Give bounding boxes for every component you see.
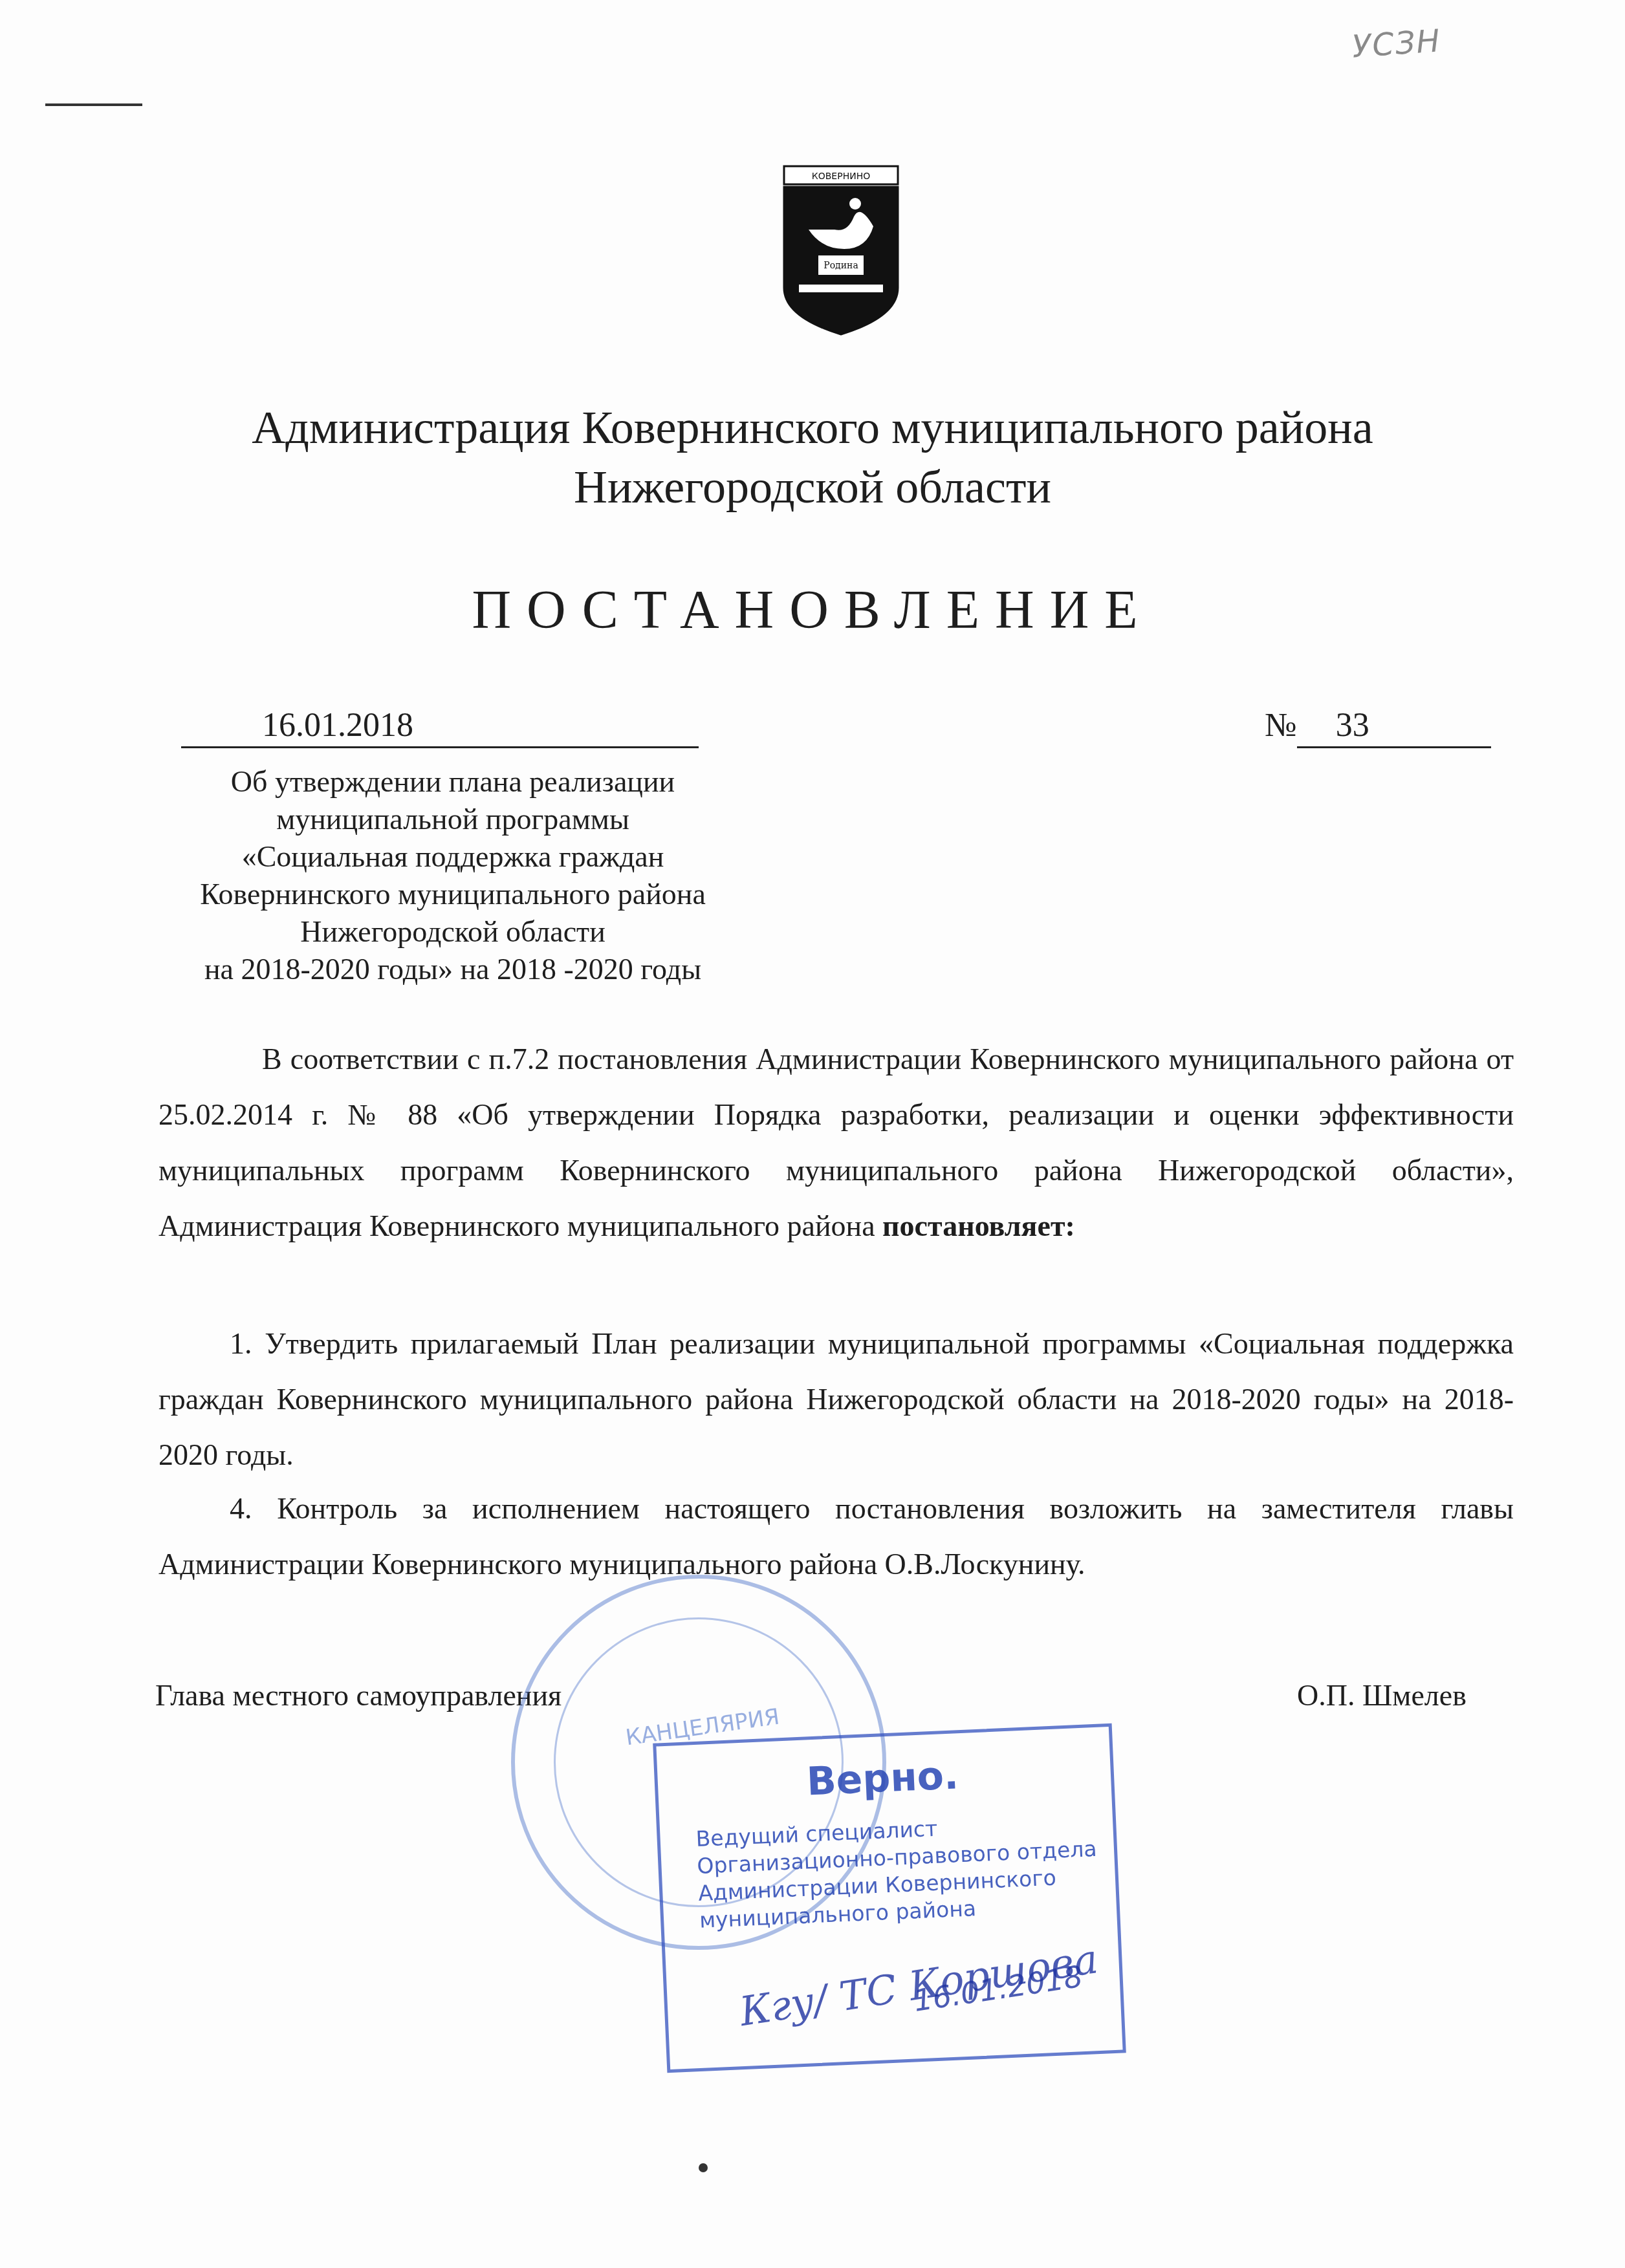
svg-text:Родина: Родина: [823, 261, 858, 271]
document-number: №33: [1265, 705, 1491, 748]
preamble-paragraph: В соответствии с п.7.2 постановления Адм…: [158, 1031, 1514, 1254]
item-4-paragraph: 4. Контроль за исполнением настоящего по…: [158, 1481, 1514, 1592]
organization-name: Администрация Ковернинского муниципально…: [0, 398, 1625, 517]
number-label: №: [1265, 707, 1297, 744]
handwritten-note: УСЗН: [1351, 23, 1442, 65]
certified-lines: Ведущий специалист Организационно-правов…: [695, 1808, 1100, 1934]
subject-line: Нижегородской области: [142, 913, 763, 951]
scan-artifact-line: [45, 103, 142, 106]
subject-line: «Социальная поддержка граждан: [142, 838, 763, 876]
signatory-name: О.П. Шмелев: [1297, 1678, 1467, 1712]
svg-text:КОВЕРНИНО: КОВЕРНИНО: [812, 171, 870, 182]
subject-line: на 2018-2020 годы» на 2018 -2020 годы: [142, 951, 763, 988]
scan-speck: [699, 2163, 708, 2172]
subject-line: муниципальной программы: [142, 801, 763, 838]
certified-copy-stamp: Верно. Ведущий специалист Организационно…: [653, 1723, 1126, 2073]
item-1-paragraph: 1. Утвердить прилагаемый План реализации…: [158, 1316, 1514, 1483]
document-type: ПОСТАНОВЛЕНИЕ: [0, 579, 1625, 642]
document-date: 16.01.2018: [181, 705, 699, 748]
org-line-1: Администрация Ковернинского муниципально…: [0, 398, 1625, 457]
certified-title: Верно.: [806, 1753, 960, 1804]
number-value: 33: [1297, 705, 1491, 748]
document-subject: Об утверждении плана реализации муниципа…: [142, 763, 763, 988]
preamble-resolves: постановляет:: [882, 1209, 1075, 1242]
subject-line: Об утверждении плана реализации: [142, 763, 763, 801]
signatory-position: Глава местного самоуправления: [155, 1678, 562, 1712]
subject-line: Ковернинского муниципального района: [142, 876, 763, 913]
org-line-2: Нижегородской области: [0, 457, 1625, 517]
preamble-text: В соответствии с п.7.2 постановления Адм…: [158, 1042, 1514, 1242]
coat-of-arms-icon: КОВЕРНИНО Родина: [783, 165, 899, 336]
